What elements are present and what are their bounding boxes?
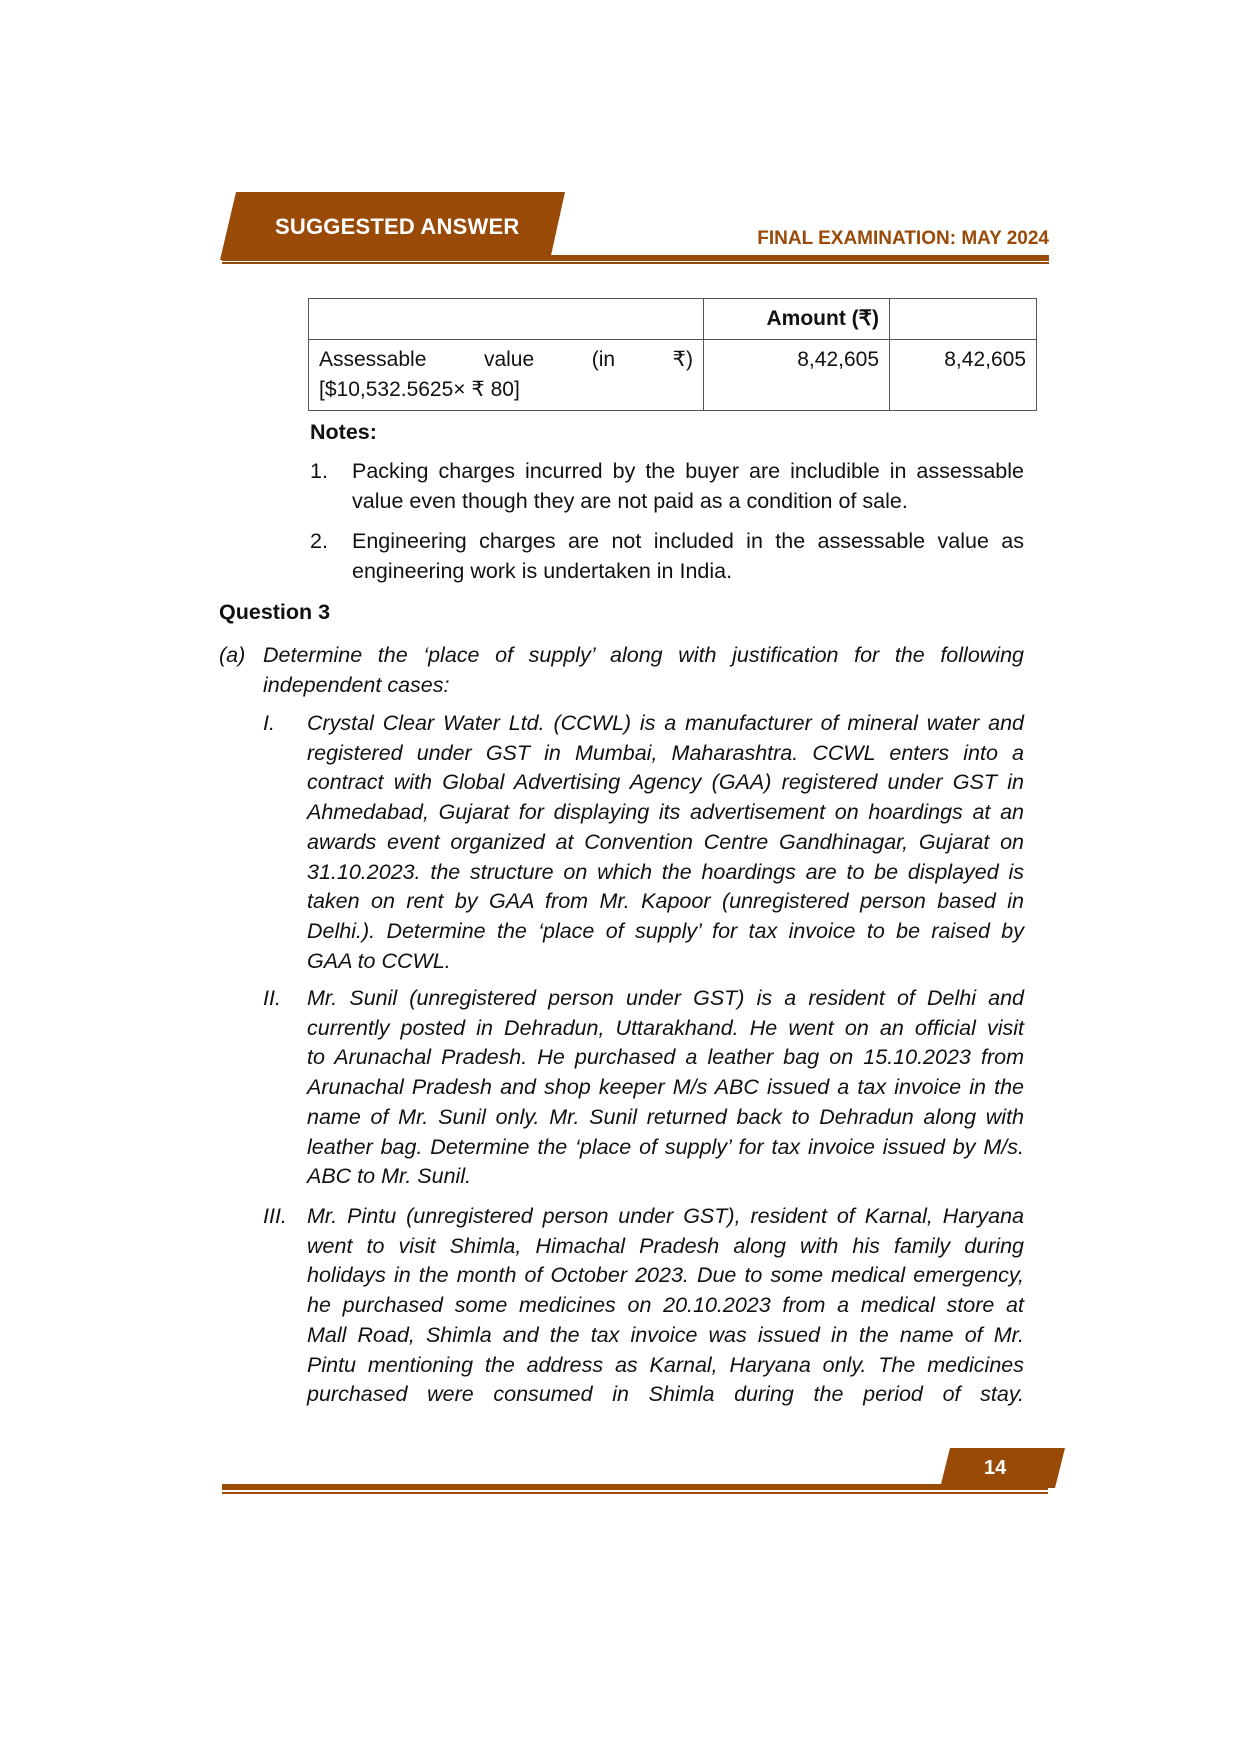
table-header-cell [309, 299, 704, 340]
page-number: 14 [984, 1457, 1006, 1480]
footer-rule [222, 1484, 1048, 1490]
case-line: name of Mr. Sunil only. Mr. Sunil return… [307, 1102, 1024, 1133]
case-line: leather bag. Determine the ‘place of sup… [307, 1132, 1024, 1163]
note-line: Engineering charges are not included in … [352, 526, 1024, 557]
case-number: I. [263, 708, 275, 739]
note-number: 1. [310, 456, 328, 487]
case-line: Delhi.). Determine the ‘place of supply’… [307, 916, 1024, 947]
case-line: holidays in the month of October 2023. D… [307, 1260, 1024, 1291]
table-header-row: Amount (₹) [309, 299, 1037, 340]
assessable-value-table: Amount (₹) Assessable value (in ₹) [$10,… [308, 298, 1037, 411]
case-line: went to visit Shimla, Himachal Pradesh a… [307, 1231, 1024, 1262]
case-line: contract with Global Advertising Agency … [307, 767, 1024, 798]
table-cell-amount: 8,42,605 [704, 340, 890, 411]
header-tab: SUGGESTED ANSWER [220, 192, 570, 264]
case-line: he purchased some medicines on 20.10.202… [307, 1290, 1024, 1321]
part-label: (a) [219, 640, 245, 671]
case-line: Arunachal Pradesh and shop keeper M/s AB… [307, 1072, 1024, 1103]
part-line: Determine the ‘place of supply’ along wi… [263, 640, 1024, 671]
case-line: Crystal Clear Water Ltd. (CCWL) is a man… [307, 708, 1024, 739]
case-number: III. [263, 1201, 287, 1232]
footer-rule-thin [222, 1492, 1048, 1494]
case-line: currently posted in Dehradun, Uttarakhan… [307, 1013, 1024, 1044]
notes-heading: Notes: [310, 417, 377, 448]
label-formula: [$10,532.5625× ₹ 80] [319, 375, 693, 405]
case-line: purchased were consumed in Shimla during… [307, 1379, 1024, 1410]
case-line: Ahmedabad, Gujarat for displaying its ad… [307, 797, 1024, 828]
table-cell-total: 8,42,605 [890, 340, 1037, 411]
case-line: ABC to Mr. Sunil. [307, 1161, 471, 1192]
case-line: Mr. Pintu (unregistered person under GST… [307, 1201, 1024, 1232]
case-line: awards event organized at Convention Cen… [307, 827, 1024, 858]
label-word: Assessable [319, 345, 426, 375]
label-word: ₹) [673, 345, 693, 375]
table-header-cell: Amount (₹) [704, 299, 890, 340]
exam-title: FINAL EXAMINATION: MAY 2024 [757, 228, 1049, 250]
case-line: Mr. Sunil (unregistered person under GST… [307, 983, 1024, 1014]
label-word: value [484, 345, 534, 375]
table-header-cell [890, 299, 1037, 340]
note-line: engineering work is undertaken in India. [352, 556, 732, 587]
note-line: value even though they are not paid as a… [352, 486, 908, 517]
case-line: to Arunachal Pradesh. He purchased a lea… [307, 1042, 1024, 1073]
header-rule [222, 255, 1049, 261]
case-line: Mall Road, Shimla and the tax invoice wa… [307, 1320, 1024, 1351]
part-line: independent cases: [263, 670, 449, 701]
case-line: 31.10.2023. the structure on which the h… [307, 857, 1024, 888]
table-cell-label: Assessable value (in ₹) [$10,532.5625× ₹… [309, 340, 704, 411]
question-heading: Question 3 [219, 597, 330, 628]
case-number: II. [263, 983, 281, 1014]
note-number: 2. [310, 526, 328, 557]
label-word: (in [592, 345, 615, 375]
header-tab-label: SUGGESTED ANSWER [275, 214, 519, 240]
case-line: GAA to CCWL. [307, 946, 451, 977]
case-line: taken on rent by GAA from Mr. Kapoor (un… [307, 886, 1024, 917]
case-line: Pintu mentioning the address as Karnal, … [307, 1350, 1024, 1381]
note-line: Packing charges incurred by the buyer ar… [352, 456, 1024, 487]
header-rule-thin [222, 262, 1049, 264]
case-line: registered under GST in Mumbai, Maharash… [307, 738, 1024, 769]
table-row: Assessable value (in ₹) [$10,532.5625× ₹… [309, 340, 1037, 411]
